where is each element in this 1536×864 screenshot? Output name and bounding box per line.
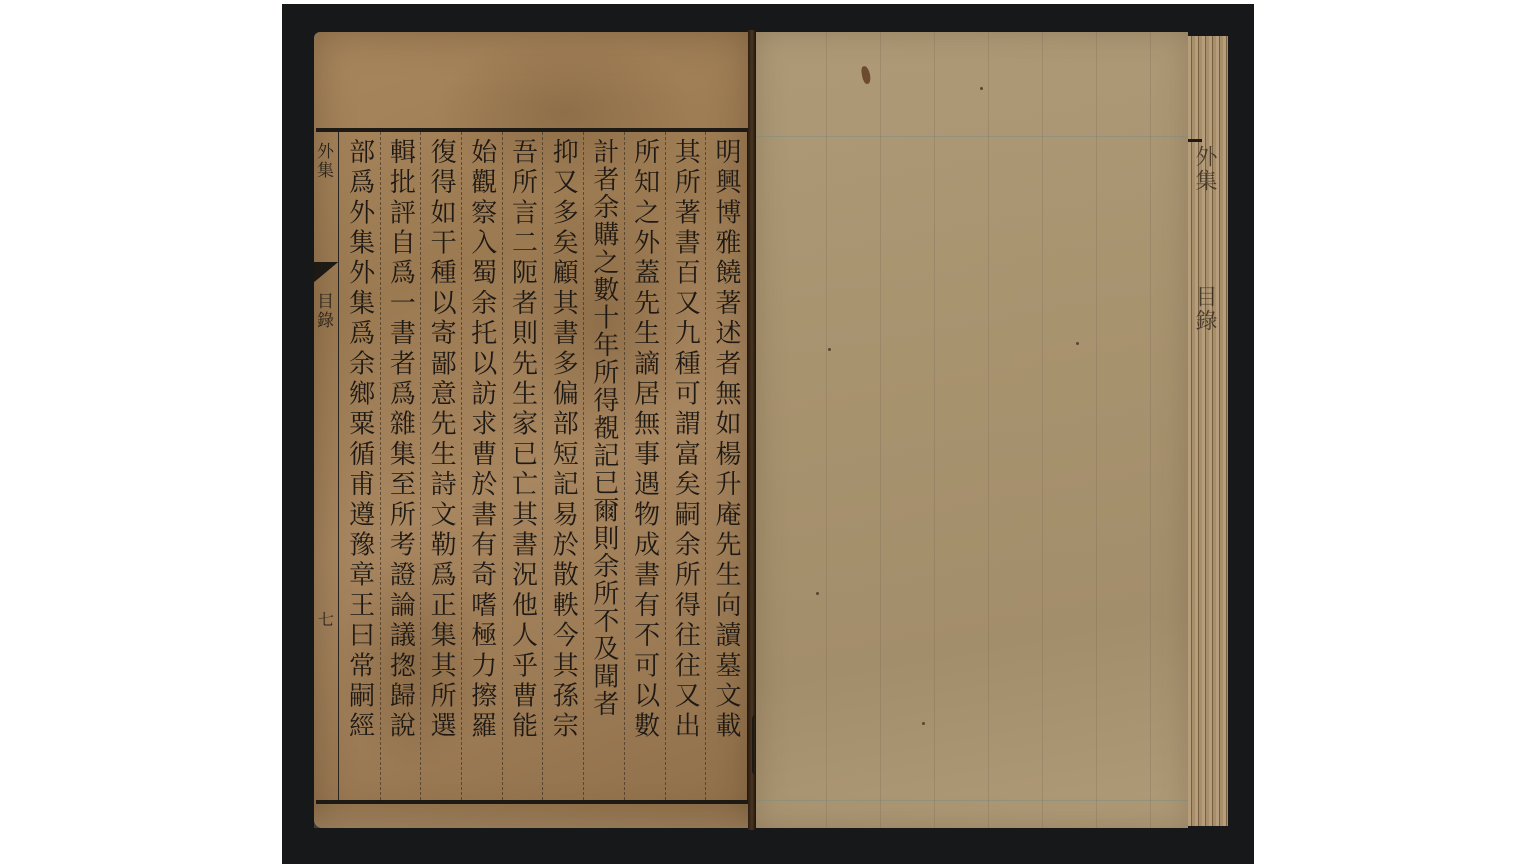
ruled-line: [988, 32, 989, 828]
ruled-line: [1096, 32, 1097, 828]
ruled-line: [1150, 32, 1151, 828]
text-column-10: 部爲外集外集爲余鄉粟循甫遵豫章王曰常嗣經: [340, 132, 380, 800]
torn-page-edge: [314, 806, 752, 828]
ruled-line: [826, 32, 827, 828]
text-block: 外集 目錄 七 明興博雅饒著述者無如楊升庵先生向讀墓文載 其所著書百又九種可謂富…: [314, 128, 752, 804]
paper-speck: [816, 592, 819, 595]
text-column-8: 復得如干種以寄鄙意先生詩文勒爲正集其所選: [420, 132, 461, 800]
ruled-line: [880, 32, 881, 828]
ruled-line: [756, 136, 1188, 137]
margin-page-number: 七: [318, 607, 334, 630]
ruled-line: [934, 32, 935, 828]
book-spine-gutter: [748, 30, 756, 830]
text-columns: 明興博雅饒著述者無如楊升庵先生向讀墓文載 其所著書百又九種可謂富矣嗣余所得往往又…: [340, 132, 746, 800]
text-column-5: 抑又多矣顧其書多偏部短記易於散軼今其孫宗: [542, 132, 583, 800]
ruled-line: [1042, 32, 1043, 828]
margin-section-title: 目錄: [316, 292, 336, 330]
ruled-line: [756, 800, 1188, 801]
text-column-6: 吾所言二阨者則先生家已亡其書況他人乎曹能: [502, 132, 543, 800]
fore-edge-section: 目錄: [1190, 285, 1220, 333]
left-page: 外集 目錄 七 明興博雅饒著述者無如楊升庵先生向讀墓文載 其所著書百又九種可謂富…: [314, 32, 752, 828]
margin-book-title: 外集: [316, 142, 336, 180]
text-column-3: 所知之外蓋先生謫居無事遇物成書有不可以數: [624, 132, 665, 800]
fishtail-mark-icon: [314, 262, 338, 282]
bottom-border-rule: [316, 800, 750, 804]
edge-rule: [1188, 139, 1202, 142]
center-fold-margin: 外集 目錄 七: [314, 132, 339, 800]
text-column-4: 計者余購之數十年所得覩記已爾則余所不及聞者: [583, 132, 624, 800]
paper-speck: [980, 87, 983, 90]
right-page-blank: [756, 32, 1188, 828]
text-column-9: 輯批評自爲一書者爲雜集至所考證論議揔歸說: [380, 132, 421, 800]
text-column-7: 始觀察入蜀余托以訪求曹於書有奇嗜極力擦羅: [461, 132, 502, 800]
fore-edge-title: 外集: [1190, 145, 1220, 193]
paper-speck: [1076, 342, 1079, 345]
text-column-1: 明興博雅饒著述者無如楊升庵先生向讀墓文載: [705, 132, 746, 800]
paper-speck: [922, 722, 925, 725]
paper-speck: [828, 348, 831, 351]
text-column-2: 其所著書百又九種可謂富矣嗣余所得往往又出: [665, 132, 706, 800]
